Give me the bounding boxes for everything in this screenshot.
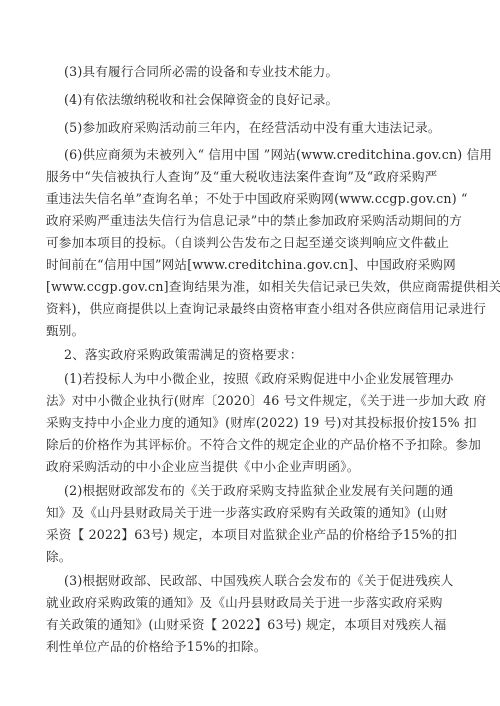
paragraph-line: (6)供应商须为未被列入“ 信用中国 ”网站(www.creditchina.g… [64, 147, 456, 163]
paragraph-line: 资料)，供应商提供以上查询记录最终由资格审查小组对各供应商信用记录进行 [46, 301, 456, 317]
paragraph-line: (2)根据财政部发布的《关于政府采购支持监狱企业发展有关问题的通 [64, 483, 456, 499]
paragraph-line: 知》及《山丹县财政局关于进一步落实政府采购有关政策的通知》(山财 [46, 505, 456, 521]
section-heading: 2、落实政府采购政策需满足的资格要求： [64, 347, 456, 363]
paragraph-line: 服务中“失信被执行人查询”及“重大税收违法案件查询”及“政府采购严 [46, 169, 456, 185]
paragraph-line: 有关政策的通知》(山财采资【 2022】63号) 规定，本项目对残疾人福 [46, 617, 456, 633]
paragraph-line: (3)根据财政部、民政部、中国残疾人联合会发布的《关于促进残疾人 [64, 573, 456, 589]
paragraph-line: 就业政府采购政策的通知》及《山丹县财政局关于进一步落实政府采购 [46, 595, 456, 611]
paragraph-line: (4)有依法缴纳税收和社会保障资金的良好记录。 [64, 92, 456, 108]
paragraph-line: 采资【 2022】63号) 规定，本项目对监狱企业产品的价格给予15%的扣 [46, 527, 456, 543]
paragraph-line: 时间前在“信用中国”网站[www.creditchina.gov.cn]、中国政… [46, 257, 456, 273]
paragraph-line: 政府采购严重违法失信行为信息记录”中的禁止参加政府采购活动期间的方 [46, 213, 456, 229]
paragraph-line: (5)参加政府采购活动前三年内，在经营活动中没有重大违法记录。 [64, 120, 456, 136]
paragraph-line: 重违法失信名单”查询名单；不处于中国政府采购网(www.ccgp.gov.cn)… [46, 191, 456, 207]
paragraph-line: 除。 [46, 549, 456, 565]
document-page: (3)具有履行合同所必需的设备和专业技术能力。 (4)有依法缴纳税收和社会保障资… [0, 0, 500, 706]
paragraph-line: [www.ccgp.gov.cn]查询结果为准，如相关失信记录已失效，供应商需提… [46, 279, 456, 295]
paragraph-line: 利性单位产品的价格给予15%的扣除。 [46, 639, 456, 655]
paragraph-line: (3)具有履行合同所必需的设备和专业技术能力。 [64, 64, 456, 80]
paragraph-line: 甄别。 [46, 323, 456, 339]
paragraph-line: 法》对中小微企业执行(财库〔2020〕46 号文件规定，《关于进一步加大政 府 [46, 393, 456, 409]
paragraph-line: 除后的价格作为其评标价。不符合文件的规定企业的产品价格不予扣除。参加 [46, 437, 456, 453]
paragraph-line: 可参加本项目的投标。（自谈判公告发布之日起至递交谈判响应文件截止 [46, 235, 456, 251]
paragraph-line: (1)若投标人为中小微企业，按照《政府采购促进中小企业发展管理办 [64, 371, 456, 387]
paragraph-line: 采购支持中小企业力度的通知》(财库(2022) 19 号)对其投标报价按15% … [46, 415, 456, 431]
paragraph-line: 政府采购活动的中小企业应当提供《中小企业声明函》。 [46, 459, 456, 475]
